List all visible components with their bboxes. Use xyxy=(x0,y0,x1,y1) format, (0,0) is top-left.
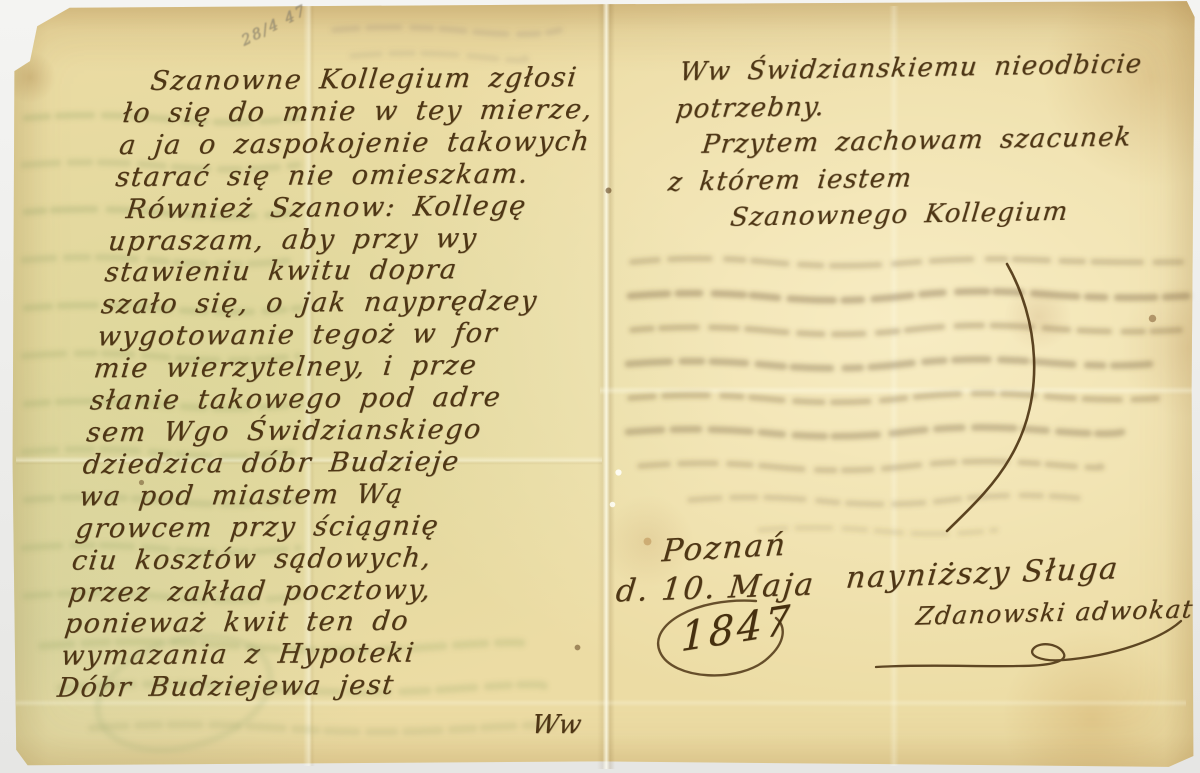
letter-line: Również Szanow: Kollegę xyxy=(124,189,659,226)
letter-line: mie wierzytelney, i prze xyxy=(92,349,641,386)
paper-pinholes xyxy=(0,0,3,3)
letter-line: sem Wgo Świdzianskiego xyxy=(85,413,634,450)
dateline-place: Poznań xyxy=(661,527,789,570)
letter-line: stawieniu kwitu dopra xyxy=(103,253,652,290)
letter-line: słanie takowego pod adre xyxy=(88,381,637,418)
catchword: Ww xyxy=(530,710,584,740)
letter-line: ciu kosztów sądowych, xyxy=(70,540,619,577)
letter-line: wygotowanie tegoż w for xyxy=(96,317,645,354)
letter-line: ponieważ kwit ten do xyxy=(63,604,612,641)
letter-line: przez zakład pocztowy, xyxy=(67,572,616,609)
left-page-text: Szanowne Kollegium zgłosi ło się do mnie… xyxy=(56,61,674,705)
letter-line: starać się nie omieszkam. xyxy=(114,157,663,194)
letter-line: Szanowne Kollegium zgłosi xyxy=(149,61,674,97)
letter-line: szało się, o jak nayprędzey xyxy=(99,285,648,322)
letter-line: growcem przy ściągnię xyxy=(74,508,623,545)
letter-line: wa pod miastem Wą xyxy=(77,477,626,514)
letter-line: dziedzica dóbr Budzieje xyxy=(81,445,630,482)
letter-line: upraszam, aby przy wy xyxy=(107,221,656,258)
scanned-letter: Szanowne Kollegium zgłosi ło się do mnie… xyxy=(0,0,1200,773)
right-page-text: Ww Świdzianskiemu nieodbicie potrzebny. … xyxy=(662,45,1200,237)
letter-line: a ja o zaspokojenie takowych xyxy=(117,125,666,162)
letter-line: ło się do mnie w tey mierze, xyxy=(121,93,670,130)
